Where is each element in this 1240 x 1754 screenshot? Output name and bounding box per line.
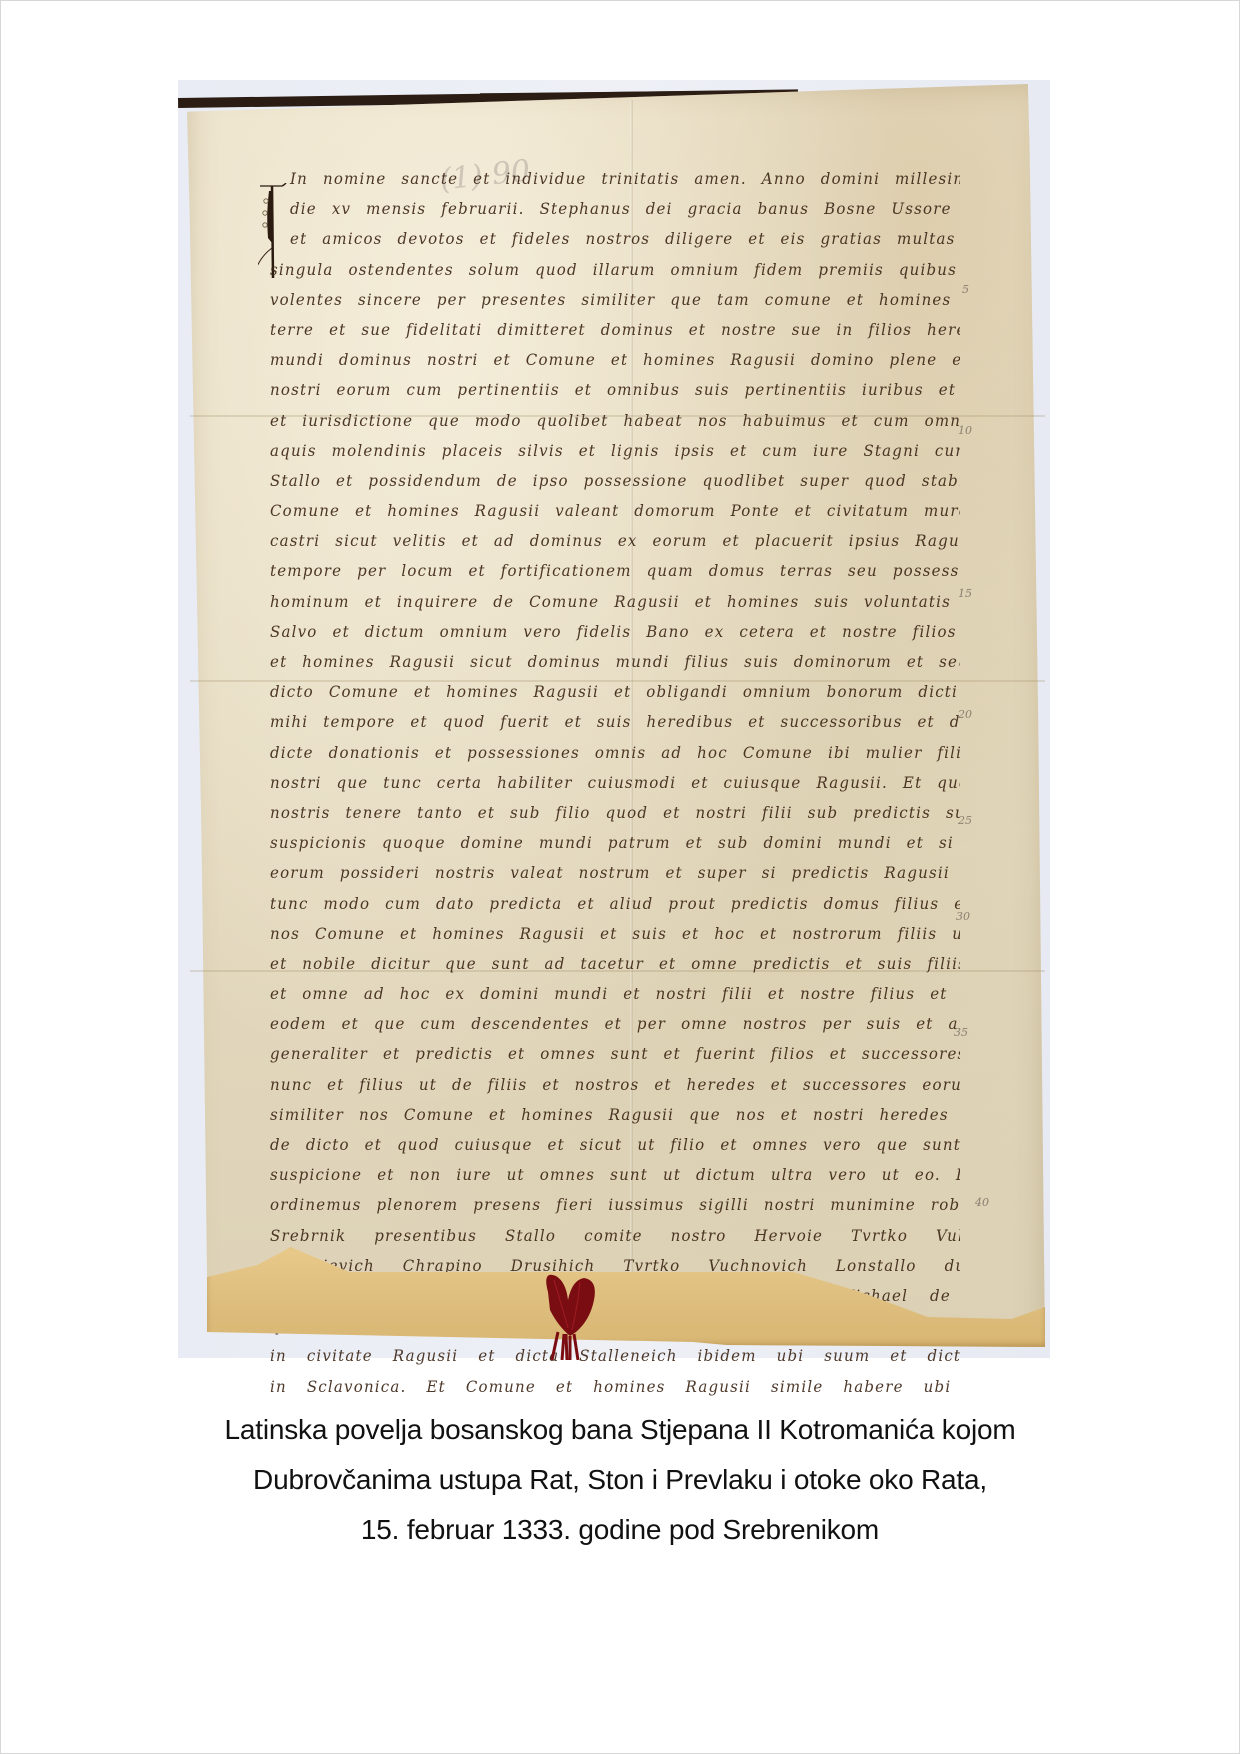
manuscript-line: et amicos devotos et fideles nostros dil… (270, 230, 960, 262)
margin-line-number: 15 (958, 587, 972, 600)
manuscript-line: et iurisdictione que modo quolibet habea… (270, 411, 960, 443)
manuscript-line: in Sclavonica. Et Comune et homines Ragu… (270, 1377, 960, 1409)
manuscript-line: suspicione et non iure ut omnes sunt ut … (270, 1165, 960, 1197)
manuscript-line: tunc modo cum dato predicta et aliud pro… (270, 894, 960, 926)
manuscript-line: aquis molendinis placeis silvis et ligni… (270, 441, 960, 473)
manuscript-line: nostri eorum cum pertinentiis et omnibus… (270, 381, 960, 413)
manuscript-line: nos Comune et homines Ragusii et suis et… (270, 924, 960, 956)
margin-line-number: 25 (958, 814, 972, 827)
manuscript-line: et homines Ragusii sicut dominus mundi f… (270, 652, 960, 684)
margin-line-number: 10 (958, 424, 972, 437)
margin-line-number: 35 (954, 1026, 968, 1039)
manuscript-line: nunc et filius ut de filiis et nostros e… (270, 1075, 960, 1107)
manuscript-line: eorum possideri nostris valeat nostrum e… (270, 864, 960, 896)
manuscript-line: de dicto et quod cuiusque et sicut ut fi… (270, 1135, 960, 1167)
manuscript-line: in civitate Ragusii et dicta Stalleneich… (270, 1347, 960, 1379)
manuscript-line: Comune et homines Ragusii valeant domoru… (270, 501, 960, 533)
manuscript-line: hominum et inquirere de Comune Ragusii e… (270, 592, 960, 624)
manuscript-line: et omne ad hoc ex domini mundi et nostri… (270, 984, 960, 1016)
manuscript-line: ordinemus plenorem presens fieri iussimu… (270, 1196, 960, 1228)
silk-seal-cord-icon (540, 1270, 600, 1360)
manuscript-line: suspicionis quoque domine mundi patrum e… (270, 833, 960, 865)
manuscript-line: eodem et que cum descendentes et per omn… (270, 1014, 960, 1046)
manuscript-line: Stallo et possidendum de ipso possession… (270, 471, 960, 503)
document-caption: Latinska povelja bosanskog bana Stjepana… (0, 1405, 1240, 1555)
manuscript-line: mihi tempore et quod fuerit et suis here… (270, 713, 960, 745)
margin-line-number: 5 (962, 283, 969, 296)
manuscript-line: Srebrnik presentibus Stallo comite nostr… (270, 1226, 960, 1258)
manuscript-line: In nomine sancte et individue trinitatis… (270, 169, 960, 201)
manuscript-line: similiter nos Comune et homines Ragusii … (270, 1105, 960, 1137)
manuscript-line: dicte donationis et possessiones omnis a… (270, 743, 960, 775)
manuscript-line: terre et sue fidelitati dimitteret domin… (270, 320, 960, 352)
manuscript-text-block: In nomine sancte et individue trinitatis… (270, 170, 960, 1408)
margin-line-number: 40 (975, 1196, 989, 1209)
manuscript-line: nostri que tunc certa habiliter cuiusmod… (270, 773, 960, 805)
manuscript-line: castri sicut velitis et ad dominus ex eo… (270, 531, 960, 563)
caption-line: Latinska povelja bosanskog bana Stjepana… (0, 1405, 1240, 1455)
manuscript-line: generaliter et predictis et omnes sunt e… (270, 1045, 960, 1077)
manuscript-line: Salvo et dictum omnium vero fidelis Bano… (270, 622, 960, 654)
margin-line-number: 30 (956, 910, 970, 923)
manuscript-line: dicto Comune et homines Ragusii et oblig… (270, 682, 960, 714)
manuscript-line: volentes sincere per presentes similiter… (270, 290, 960, 322)
manuscript-line: mundi dominus nostri et Comune et homine… (270, 350, 960, 382)
manuscript-line: nostris tenere tanto et sub filio quod e… (270, 803, 960, 835)
caption-line: 15. februar 1333. godine pod Srebrenikom (0, 1505, 1240, 1555)
manuscript-line: tempore per locum et fortificationem qua… (270, 562, 960, 594)
margin-line-number: 20 (958, 708, 972, 721)
manuscript-line: singula ostendentes solum quod illarum o… (270, 260, 960, 292)
manuscript-line: et nobile dicitur que sunt ad tacetur et… (270, 954, 960, 986)
caption-line: Dubrovčanima ustupa Rat, Ston i Prevlaku… (0, 1455, 1240, 1505)
manuscript-line: die xv mensis februarii. Stephanus dei g… (270, 199, 960, 231)
